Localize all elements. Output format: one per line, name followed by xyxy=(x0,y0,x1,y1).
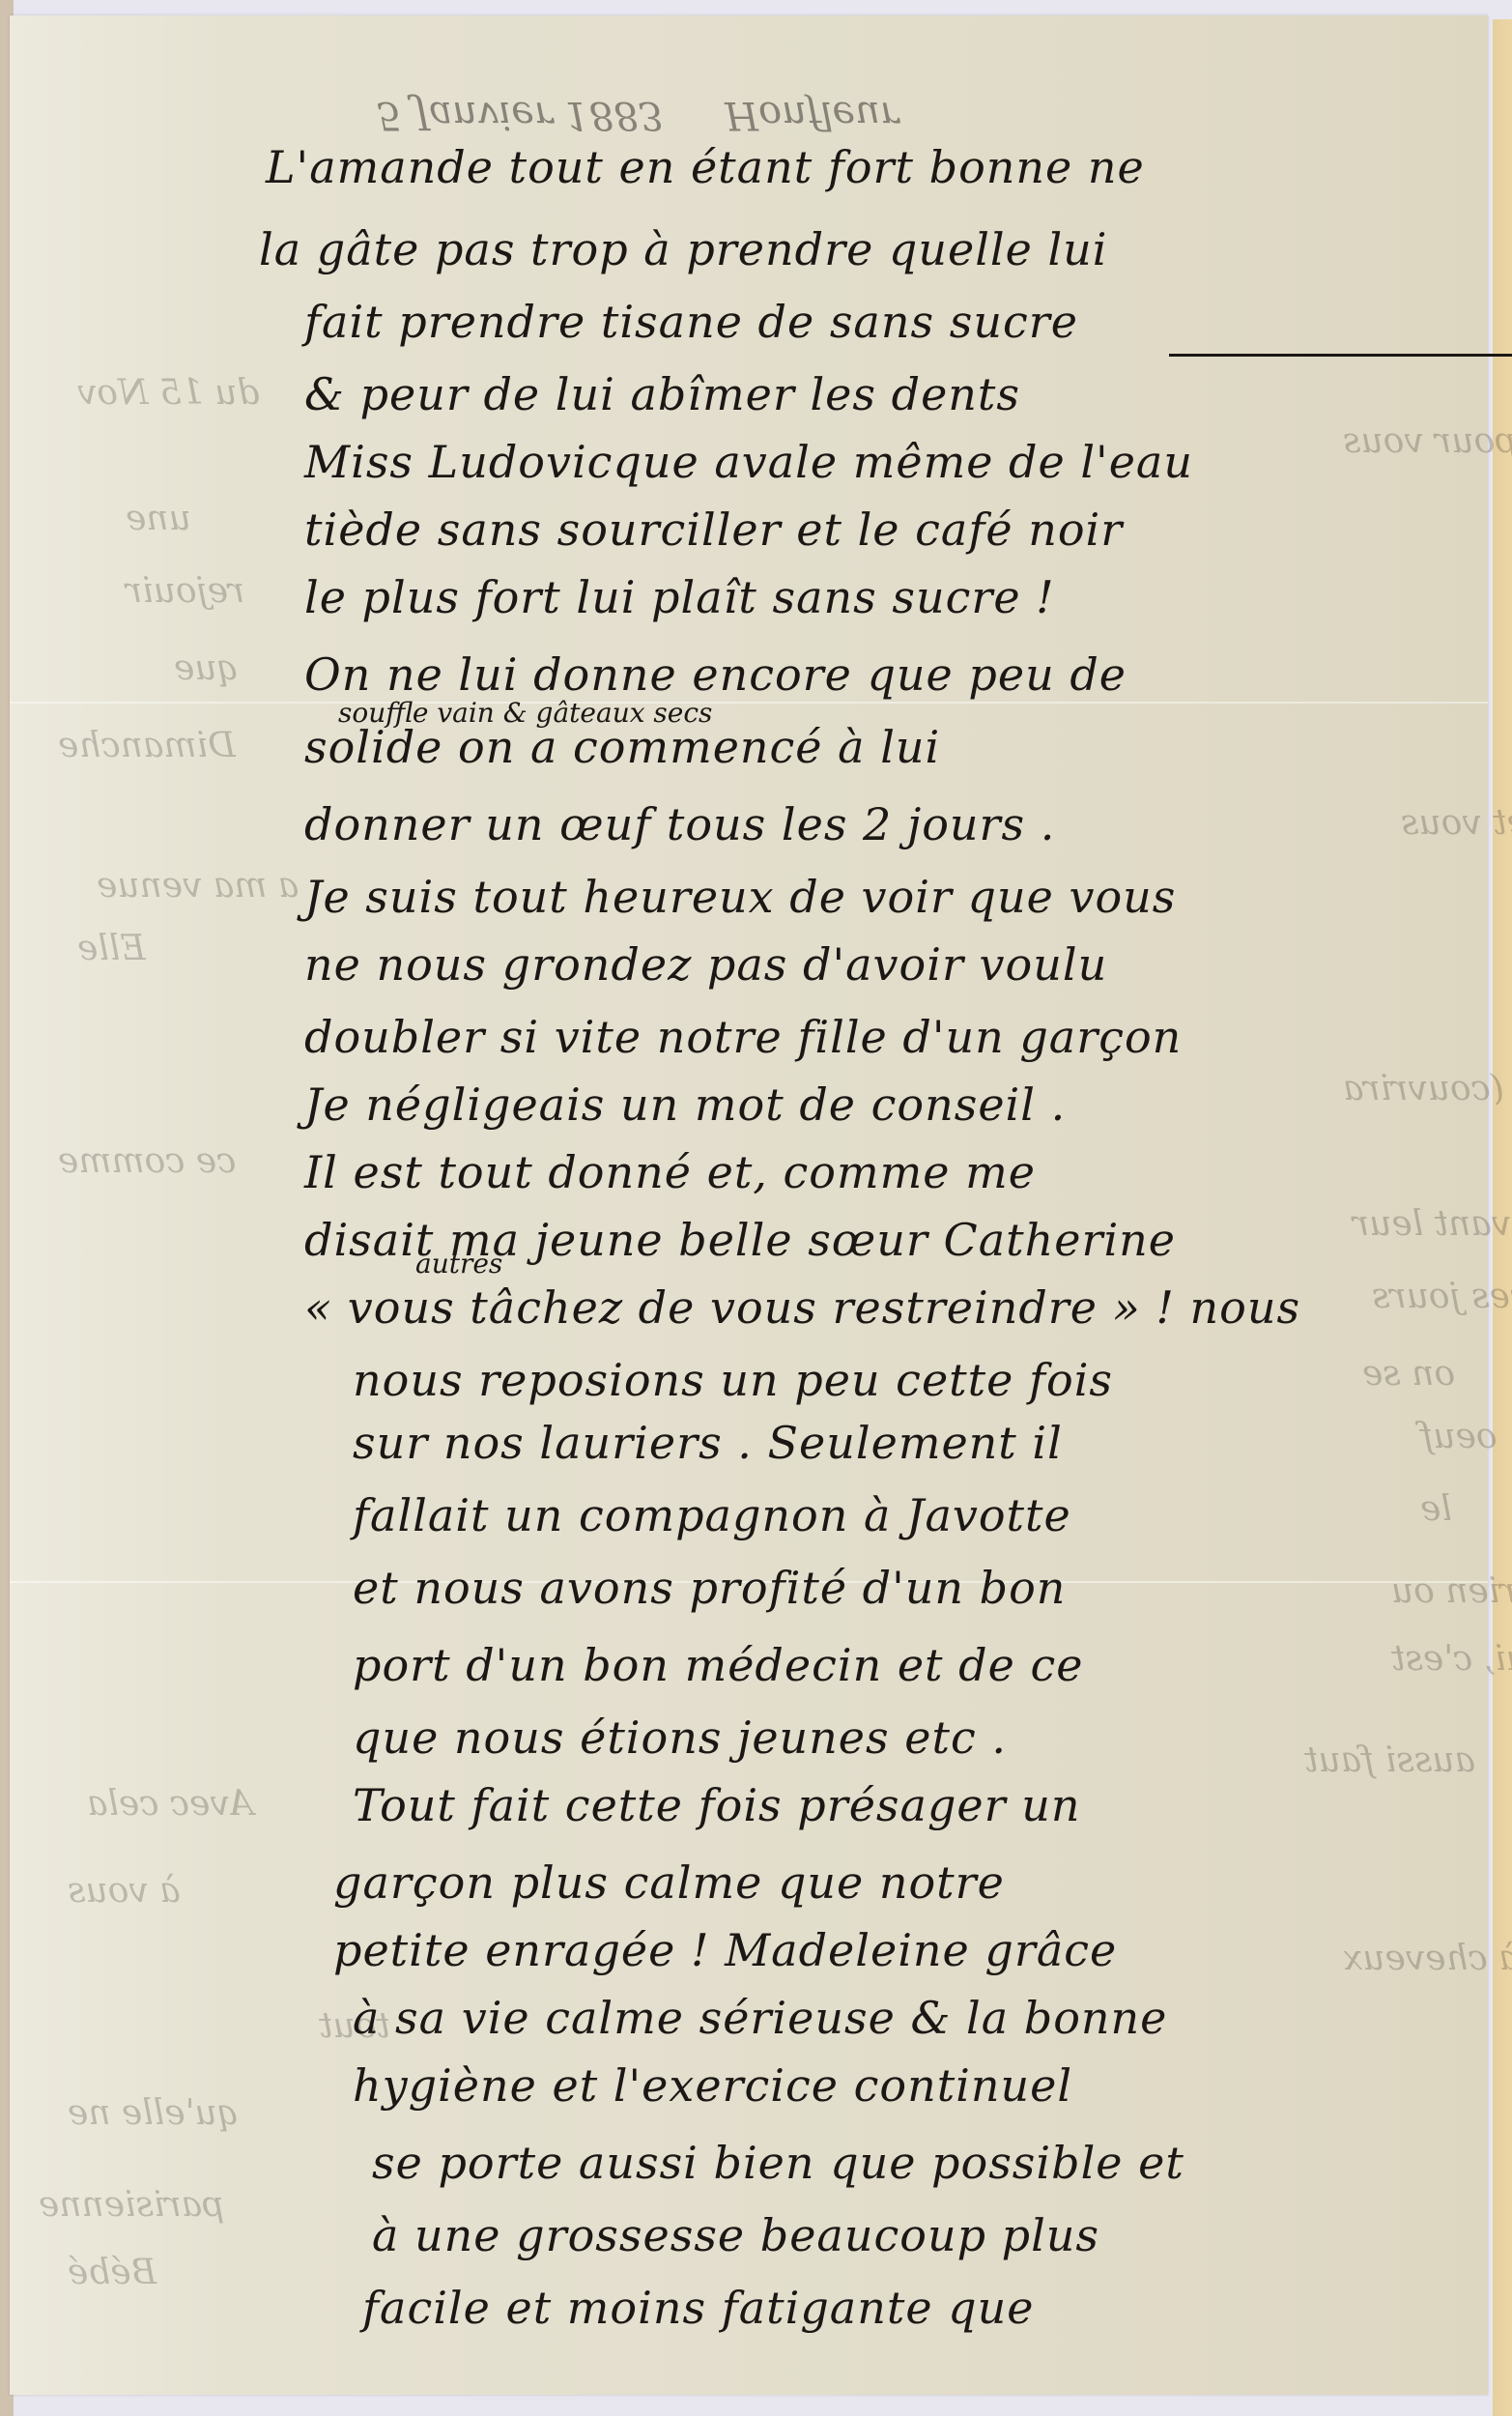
show-through-text: on se xyxy=(1362,1354,1455,1394)
letter-line: tiède sans sourciller et le café noir xyxy=(304,503,1123,556)
show-through-text: (couvrira xyxy=(1343,1069,1504,1108)
letter-header: 5 Janvier 1883 Honfleur xyxy=(377,93,899,137)
paper-fold-line xyxy=(10,702,1488,704)
letter-line: sur nos lauriers . Seulement il xyxy=(353,1417,1063,1469)
letter-line: Il est tout donné et, comme me xyxy=(304,1146,1036,1198)
show-through-text: Elle xyxy=(77,929,146,968)
letter-line: donner un œuf tous les 2 jours . xyxy=(304,798,1055,850)
letter-line: facile et moins fatigante que xyxy=(362,2282,1034,2334)
letter-line: Je négligeais un mot de conseil . xyxy=(304,1079,1066,1131)
letter-line: la gâte pas trop à prendre quelle lui xyxy=(259,223,1108,275)
letter-line: se porte aussi bien que possible et xyxy=(372,2137,1184,2189)
show-through-text: ces jours xyxy=(1372,1277,1512,1316)
show-through-text: que xyxy=(174,648,240,688)
show-through-text: ce comme xyxy=(58,1141,236,1181)
show-through-text: à vous xyxy=(68,1871,181,1911)
show-through-text: du 15 Nov xyxy=(77,373,259,413)
underline-sans-sucre xyxy=(1169,354,1512,357)
show-through-text: qu'elle ne xyxy=(68,2093,240,2133)
show-through-text: a ma venue xyxy=(97,866,299,906)
letter-line: Tout fait cette fois présager un xyxy=(353,1779,1081,1831)
letter-line: Miss Ludovicque avale même de l'eau xyxy=(304,436,1193,488)
show-through-text: pour vous xyxy=(1343,421,1512,461)
letter-line: doubler si vite notre fille d'un garçon xyxy=(304,1011,1182,1063)
show-through-text: Bébé xyxy=(68,2253,157,2292)
show-through-text: Dimanche xyxy=(58,726,236,765)
letter-line: fallait un compagnon à Javotte xyxy=(353,1489,1071,1541)
letter-line: & peur de lui abîmer les dents xyxy=(304,368,1020,420)
show-through-text: qui, c'est xyxy=(1391,1639,1512,1679)
letter-line: port d'un bon médecin et de ce xyxy=(353,1639,1083,1691)
show-through-text: parisienne xyxy=(39,2185,224,2225)
letter-line: « vous tâchez de vous restreindre » ! no… xyxy=(304,1281,1300,1334)
show-through-text: à cheveux xyxy=(1343,1939,1512,1978)
letter-line: garçon plus calme que notre xyxy=(333,1856,1005,1909)
show-through-text: le xyxy=(1420,1489,1452,1529)
letter-line: que nous étions jeunes etc . xyxy=(353,1711,1007,1764)
header-date: 5 Janvier 1883 xyxy=(377,93,664,137)
letter-line: hygiène et l'exercice continuel xyxy=(353,2059,1072,2112)
show-through-text: Avec cela xyxy=(87,1784,253,1824)
letter-line: fait prendre tisane de sans sucre xyxy=(304,296,1078,348)
letter-line: à sa vie calme sérieuse & la bonne xyxy=(353,1992,1167,2044)
interlinear-insertion: autres xyxy=(415,1248,502,1280)
letter-line: ne nous grondez pas d'avoir voulu xyxy=(304,938,1107,991)
letter-line: petite enragée ! Madeleine grâce xyxy=(333,1924,1117,1976)
letter-line: nous reposions un peu cette fois xyxy=(353,1354,1113,1406)
show-through-text: rien ou xyxy=(1391,1571,1512,1611)
show-through-text: aussi faut xyxy=(1304,1740,1475,1780)
show-through-text: et vous xyxy=(1401,803,1512,843)
letter-line: solide on a commencé à lui xyxy=(304,721,940,773)
letter-line: Je suis tout heureux de voir que vous xyxy=(304,871,1176,923)
letter-page: du 15 Nov pour vous une rejouir que Dima… xyxy=(10,15,1488,2395)
show-through-text: une xyxy=(126,499,191,538)
show-through-text: oeuf xyxy=(1420,1417,1498,1456)
letter-line: le plus fort lui plaît sans sucre ! xyxy=(304,571,1055,623)
show-through-text: avant leur xyxy=(1353,1204,1512,1244)
show-through-text: rejouir xyxy=(126,571,244,611)
letter-line: à une grossesse beaucoup plus xyxy=(372,2209,1099,2261)
letter-line: L'amande tout en étant fort bonne ne xyxy=(266,141,1145,193)
header-place: Honfleur xyxy=(725,93,899,137)
letter-line: On ne lui donne encore que peu de xyxy=(304,648,1127,701)
letter-line: et nous avons profité d'un bon xyxy=(353,1562,1066,1614)
